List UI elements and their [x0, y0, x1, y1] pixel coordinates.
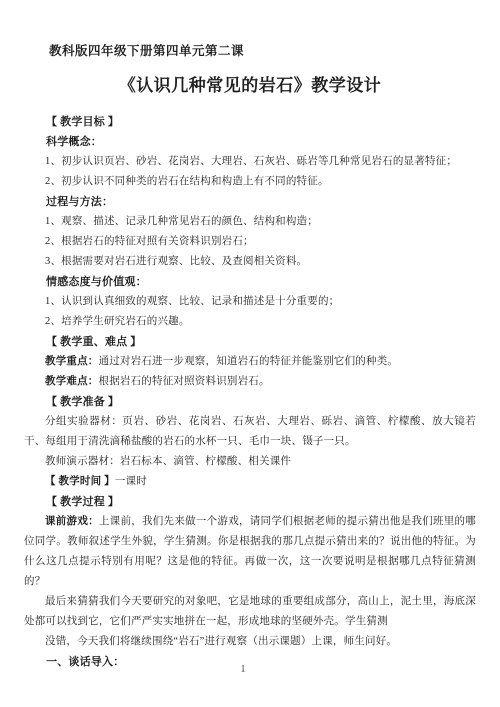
paragraph-lead: 【 教学时间 】 [45, 476, 115, 487]
paragraph: 没错，今天我们将继续围绕“岩石”进行观察（出示课题）上课，师生问好。 [24, 632, 476, 652]
paragraph: 课前游戏：上课前，我们先来做一个游戏，请同学们根据老师的提示猜出他是我们班里的哪… [24, 512, 476, 592]
paragraph: 情感态度与价值观： [24, 272, 476, 292]
section-heading: 【 教学重、难点 】 [24, 332, 476, 352]
section-heading: 【 教学准备 】 [24, 392, 476, 412]
section-heading: 【 教学目标 】 [24, 112, 476, 132]
paragraph: 2、根据岩石的特征对照有关资料识别岩石； [24, 232, 476, 252]
paragraph: 教学难点：根据岩石的特征对照资料识别岩石。 [24, 372, 476, 392]
page-number: 1 [0, 664, 486, 675]
paragraph: 最后来猜猜我们今天要研究的对象吧，它是地球的重要组成部分，高山上，泥土里，海底深… [24, 592, 476, 632]
document-title: 《认识几种常见的岩石》教学设计 [24, 74, 476, 98]
paragraph-lead: 教学难点： [45, 376, 99, 387]
section-heading: 【 教学过程 】 [24, 492, 476, 512]
document-page: 教科版四年级下册第四单元第二课 《认识几种常见的岩石》教学设计 【 教学目标 】… [0, 0, 500, 707]
paragraph: 1、观察、描述、记录几种常见岩石的颜色、结构和构造； [24, 212, 476, 232]
paragraph: 【 教学时间 】一课时 [24, 472, 476, 492]
document-content: 教科版四年级下册第四单元第二课 《认识几种常见的岩石》教学设计 【 教学目标 】… [0, 0, 500, 672]
paragraph: 3、根据需要对岩石进行观察、比较、及查阅相关资料。 [24, 252, 476, 272]
document-header: 教科版四年级下册第四单元第二课 [24, 42, 476, 60]
paragraph: 过程与方法： [24, 192, 476, 212]
paragraph: 2、培养学生研究岩石的兴趣。 [24, 312, 476, 332]
document-body: 【 教学目标 】科学概念：1、初步认识页岩、砂岩、花岗岩、大理岩、石灰岩、砾岩等… [24, 112, 476, 672]
paragraph: 1、认识到认真细致的观察、比较、记录和描述是十分重要的； [24, 292, 476, 312]
paragraph: 分组实验器材：页岩、砂岩、花岗岩、石灰岩、大理岩、砾岩、滴管、柠檬酸、放大镜若干… [24, 412, 476, 452]
paragraph-lead: 教学重点： [45, 356, 99, 367]
paragraph: 科学概念： [24, 132, 476, 152]
paragraph: 2、初步认识不同种类的岩石在结构和构造上有不同的特征。 [24, 172, 476, 192]
paragraph: 教师演示器材：岩石标本、滴管、柠檬酸、相关课件 [24, 452, 476, 472]
paragraph-lead: 课前游戏： [45, 516, 99, 527]
paragraph: 教学重点：通过对岩石进一步观察，知道岩石的特征并能鉴别它们的种类。 [24, 352, 476, 372]
paragraph: 1、初步认识页岩、砂岩、花岗岩、大理岩、石灰岩、砾岩等几种常见岩石的显著特征； [24, 152, 476, 172]
